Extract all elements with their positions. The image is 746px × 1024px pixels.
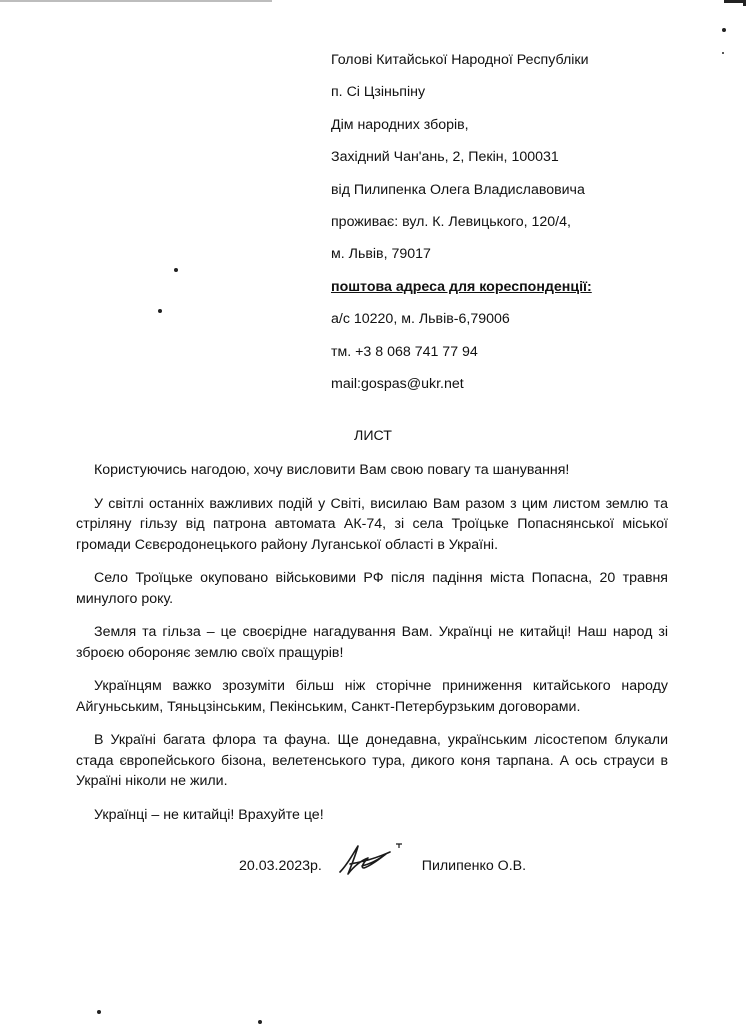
correspondence-line: mail:gospas@ukr.net [331,374,731,406]
sender-line: м. Львів, 79017 [331,244,731,276]
signatory-name: Пилипенко О.В. [422,858,526,874]
paragraph: Село Троїцьке окуповано військовими РФ п… [76,568,668,609]
recipient-line: Західний Чан'ань, 2, Пекін, 100031 [331,147,731,179]
scan-speck [258,1020,262,1024]
letter-body: Користуючись нагодою, хочу висловити Вам… [76,460,668,838]
correspondence-line: тм. +3 8 068 741 77 94 [331,342,731,374]
paragraph: Українці – не китайці! Врахуйте це! [76,805,668,826]
scan-edge-artifact [0,0,272,2]
sender-line: від Пилипенка Олега Владиславовича [331,180,731,212]
scan-speck [722,28,726,32]
correspondence-heading: поштова адреса для кореспонденції: [331,277,731,309]
paragraph: В Україні багата флора та фауна. Ще доне… [76,730,668,792]
scan-speck [97,1010,101,1014]
signature-row: 20.03.2023р. Пилипенко О.В. [239,848,526,884]
recipient-line: Дім народних зборів, [331,115,731,147]
recipient-line: п. Сі Цзіньпіну [331,82,731,114]
letter-date: 20.03.2023р. [239,858,322,874]
letter-title: ЛИСТ [0,428,746,444]
scan-speck [174,268,178,272]
scan-corner-artifact [724,0,746,6]
sender-line: проживає: вул. К. Левицького, 120/4, [331,212,731,244]
paragraph: У світлі останніх важливих подій у Світі… [76,494,668,556]
recipient-line: Голові Китайської Народної Республіки [331,50,731,82]
address-block: Голові Китайської Народної Республіки п.… [331,50,731,406]
paragraph: Користуючись нагодою, хочу висловити Вам… [76,460,668,481]
signature-icon [334,842,404,878]
scan-speck [158,309,162,313]
correspondence-line: а/с 10220, м. Львів-6,79006 [331,309,731,341]
paragraph: Українцям важко зрозуміти більш ніж стор… [76,676,668,717]
paragraph: Земля та гільза – це своєрідне нагадуван… [76,622,668,663]
